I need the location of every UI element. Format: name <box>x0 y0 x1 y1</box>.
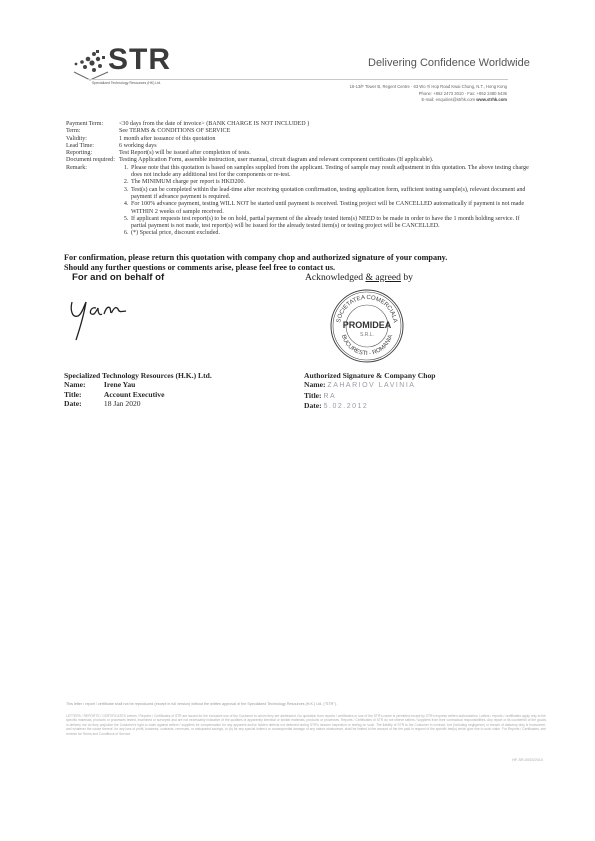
email: E-mail: enquiries@strhk.com <box>421 97 475 102</box>
behalf-label: For and on behalf of <box>72 272 164 283</box>
phone-line: Phone: +852 2473 3010 · Fax: +852 2480 5… <box>350 91 507 98</box>
client-heading: Authorized Signature & Company Chop <box>304 371 436 380</box>
remark-item: For 100% advance payment, testing WILL N… <box>130 201 536 216</box>
remark-item: Please note that this quotation is based… <box>130 165 536 180</box>
header-divider <box>88 79 508 80</box>
website-link[interactable]: www.strhk.com <box>476 97 507 102</box>
term-row: Payment Term:<30 days from the date of i… <box>66 121 536 128</box>
term-row: Document required:Testing Application Fo… <box>66 157 536 164</box>
term-row: Validity:1 month after issuance of this … <box>66 136 536 143</box>
remark-list: Please note that this quotation is based… <box>119 165 536 238</box>
client-block: Authorized Signature & Company Chop Name… <box>304 371 436 412</box>
company-stamp-icon: SOCIETATEA COMERCIALA BUCURESTI - ROMANI… <box>328 287 406 365</box>
term-row: Term:See TERMS & CONDITIONS OF SERVICE <box>66 128 536 135</box>
client-date: 5.02.2012 <box>324 403 369 410</box>
issuer-title: Account Executive <box>104 390 165 399</box>
acknowledged-label: Acknowledged & agreed by <box>305 272 413 283</box>
remark-item: If applicant requests test report(s) to … <box>130 216 536 231</box>
terms-table: Payment Term:<30 days from the date of i… <box>66 121 536 238</box>
form-reference: HF-SR-0003/2010 <box>512 758 543 762</box>
svg-text:S.R.L.: S.R.L. <box>360 332 374 338</box>
company-address: 16-13/F Tower B, Regent Centre · 63 Wo Y… <box>350 84 507 104</box>
confirmation-note: For confirmation, please return this quo… <box>64 253 447 273</box>
logo-text: STR <box>108 43 171 77</box>
issuer-date: 18 Jan 2020 <box>104 399 141 408</box>
issuer-block: Specialized Technology Resources (H.K.) … <box>64 371 212 409</box>
issuer-company: Specialized Technology Resources (H.K.) … <box>64 371 212 380</box>
remark-item: (*) Special price, discount excluded. <box>130 230 536 237</box>
client-name: ZAHARIOV LAVINIA <box>327 382 415 389</box>
reproduction-notice: This letter / report / certificate shall… <box>66 702 546 706</box>
remark-item: The MINIMUM charge per report is HKD200. <box>130 179 536 186</box>
client-title: RA <box>323 393 336 400</box>
remark-item: Test(s) can be completed within the lead… <box>130 187 536 202</box>
address-line: 16-13/F Tower B, Regent Centre · 63 Wo Y… <box>350 84 507 91</box>
issuer-name: Irene Yau <box>104 380 135 389</box>
handwritten-signature-icon <box>66 294 146 344</box>
remark-row: Remark: Please note that this quotation … <box>66 165 536 238</box>
svg-text:PROMIDEA: PROMIDEA <box>343 320 392 330</box>
logo-subtitle: Specialized Technology Resources (HK) Lt… <box>92 81 161 85</box>
contact-line: E-mail: enquiries@strhk.com www.strhk.co… <box>350 97 507 104</box>
tagline: Delivering Confidence Worldwide <box>368 57 530 69</box>
legal-disclaimer: LETTERS / REPORTS / CERTIFICATES Letters… <box>66 714 546 736</box>
